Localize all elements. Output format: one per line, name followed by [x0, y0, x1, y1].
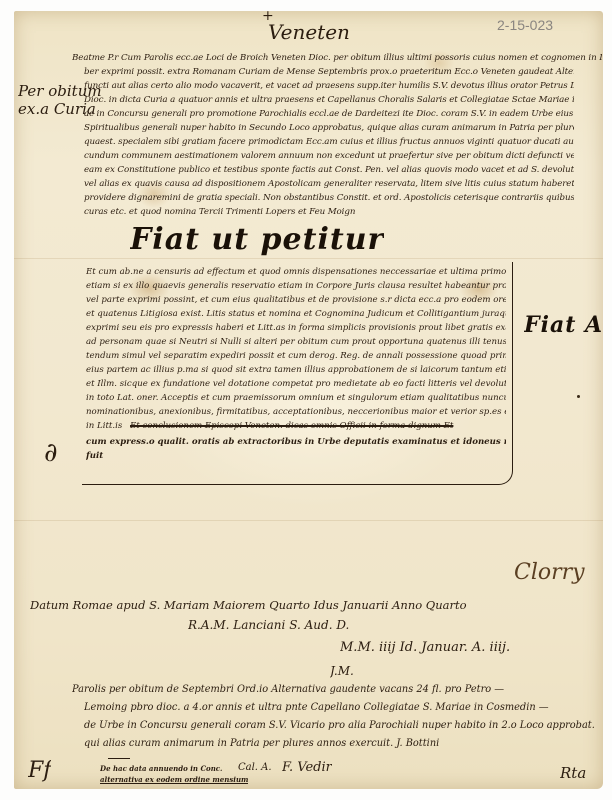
footnote-rule [108, 758, 130, 759]
datum-line: Datum Romae apud S. Mariam Maiorem Quart… [30, 598, 467, 612]
archive-number: 2-15-023 [497, 17, 553, 33]
petition-line: eam ex Constitutione publico et testibus… [84, 164, 574, 176]
footnote-line: alternativa ex eodem ordine mensium [100, 775, 248, 784]
bottom-left-mark: Ff [28, 758, 51, 783]
clause-line: etiam si ex illo quaevis generalis reser… [86, 280, 506, 293]
summary-line: qui alias curam animarum in Patria per p… [84, 738, 604, 749]
clause-line: in Litt.is [86, 420, 126, 433]
petition-line: Beatme P.r Cum Parolis ecc.ae Loci de Br… [72, 52, 602, 64]
clause-line: vel parte exprimi possint, et cum eius q… [86, 294, 506, 307]
cardinal-mark: Clorry [514, 560, 585, 585]
clause-line: in toto Lat. oner. Acceptis et cum praem… [86, 392, 506, 405]
footnote-signature: F. Vedir [282, 760, 332, 775]
fold-line [14, 520, 603, 521]
footnote-extra: Cal. A. [238, 762, 272, 773]
clause-line: ad personam quae si Neutri si Nulli si a… [86, 336, 506, 349]
clause-line: eius partem ac illius p.ma si quod sit e… [86, 364, 506, 377]
document-heading: Veneten [268, 20, 350, 44]
clause-line: fuit [86, 450, 506, 463]
summary-marker: J.M. [330, 664, 354, 678]
petition-line: cundum communem aestimationem valorem an… [84, 150, 574, 162]
petition-line: ac in Concursu generali pro promotione P… [84, 108, 574, 120]
clause-line: et quatenus Litigiosa exist. Litis statu… [86, 308, 506, 321]
petition-line: vel alias ex quavis causa ad disposition… [84, 178, 574, 190]
footnote-line: De hac data annuendo in Conc. [100, 764, 222, 773]
clause-line: Et cum ab.ne a censuris ad effectum et q… [86, 266, 506, 279]
registry-line: M.M. iiij Id. Januar. A. iiij. [340, 640, 510, 655]
summary-line: de Urbe in Concursu generali coram S.V. … [84, 720, 604, 731]
petition-line: Spiritualibus generali nuper habito in S… [84, 122, 574, 134]
petition-line: curas etc. et quod nomina Tercii Triment… [84, 206, 574, 218]
fold-line [14, 258, 603, 259]
clause-line: cum express.o qualit. oratis ab extracto… [86, 436, 506, 449]
clause-line: exprimi seu eis pro expressis haberi et … [86, 322, 506, 335]
check-mark: ∂ [44, 438, 57, 468]
clause-line: nominationibus, anexionibus, firmitatibu… [86, 406, 506, 419]
fiat-ut-petitur-signature: Fiat ut petitur [130, 222, 384, 257]
clause-line: et Illm. sicque ex fundatione vel dotati… [86, 378, 506, 391]
summary-line: Parolis per obitum de Septembri Ord.io A… [72, 684, 592, 695]
clause-line: tendum simul vel separatim expediri poss… [86, 350, 506, 363]
petition-line: quaest. specialem sibi gratiam facere pr… [84, 136, 574, 148]
ink-dot [577, 395, 580, 398]
struck-clause: Et conclusionem Episcopi Veneten. dicas … [130, 420, 506, 433]
bottom-right-mark: Rta [560, 764, 586, 782]
petition-line: providere dignaremini de gratia speciali… [84, 192, 574, 204]
registry-line: R.A.M. Lanciani S. Aud. D. [188, 618, 349, 632]
petition-line: ber exprimi possit. extra Romanam Curiam… [84, 66, 574, 78]
petition-line: Dioc. in dicta Curia a quatuor annis et … [84, 94, 574, 106]
right-margin-fiat: Fiat A [524, 312, 603, 338]
petition-line: functi aut alias certo alio modo vacaver… [84, 80, 574, 92]
summary-line: Lemoing pbro dioc. a 4.or annis et ultra… [84, 702, 604, 713]
